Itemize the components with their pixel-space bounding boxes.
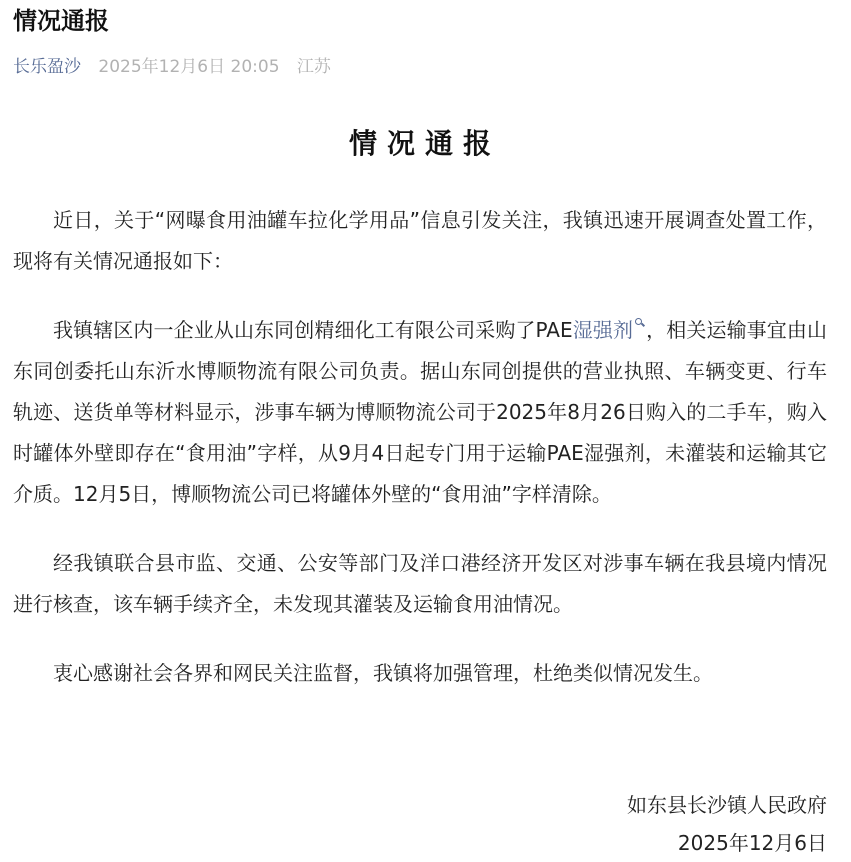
document-heading: 情况通报: [13, 122, 827, 166]
keyword-link-text[interactable]: 湿强剂: [573, 318, 633, 342]
paragraph-thanks: 衷心感谢社会各界和网民关注监督，我镇将加强管理，杜绝类似情况发生。: [13, 653, 827, 694]
signature-block: 如东县长沙镇人民政府 2025年12月6日: [627, 786, 827, 862]
search-icon[interactable]: [635, 318, 642, 325]
paragraph-details: 我镇辖区内一企业从山东同创精细化工有限公司采购了PAE湿强剂，相关运输事宜由山东…: [13, 310, 827, 515]
publish-time: 2025年12月6日 20:05: [98, 57, 279, 77]
author-link[interactable]: 长乐盈沙: [13, 57, 81, 77]
article-title: 情况通报: [13, 4, 109, 38]
paragraph-text: 我镇辖区内一企业从山东同创精细化工有限公司采购了PAE: [53, 318, 573, 342]
signature-organization: 如东县长沙镇人民政府: [627, 786, 827, 824]
paragraph-text: ，相关运输事宜由山东同创委托山东沂水博顺物流有限公司负责。据山东同创提供的营业执…: [13, 318, 827, 506]
paragraph-intro: 近日，关于“网曝食用油罐车拉化学用品”信息引发关注，我镇迅速开展调查处置工作，现…: [13, 200, 827, 282]
keyword-search-link[interactable]: 湿强剂: [573, 318, 646, 342]
publish-location: 江苏: [297, 57, 331, 77]
article-meta: 长乐盈沙 2025年12月6日 20:05 江苏: [13, 54, 331, 80]
signature-date: 2025年12月6日: [627, 824, 827, 862]
paragraph-investigation: 经我镇联合县市监、交通、公安等部门及洋口港经济开发区对涉事车辆在我县境内情况进行…: [13, 543, 827, 625]
article-content: 情况通报 近日，关于“网曝食用油罐车拉化学用品”信息引发关注，我镇迅速开展调查处…: [13, 118, 827, 722]
